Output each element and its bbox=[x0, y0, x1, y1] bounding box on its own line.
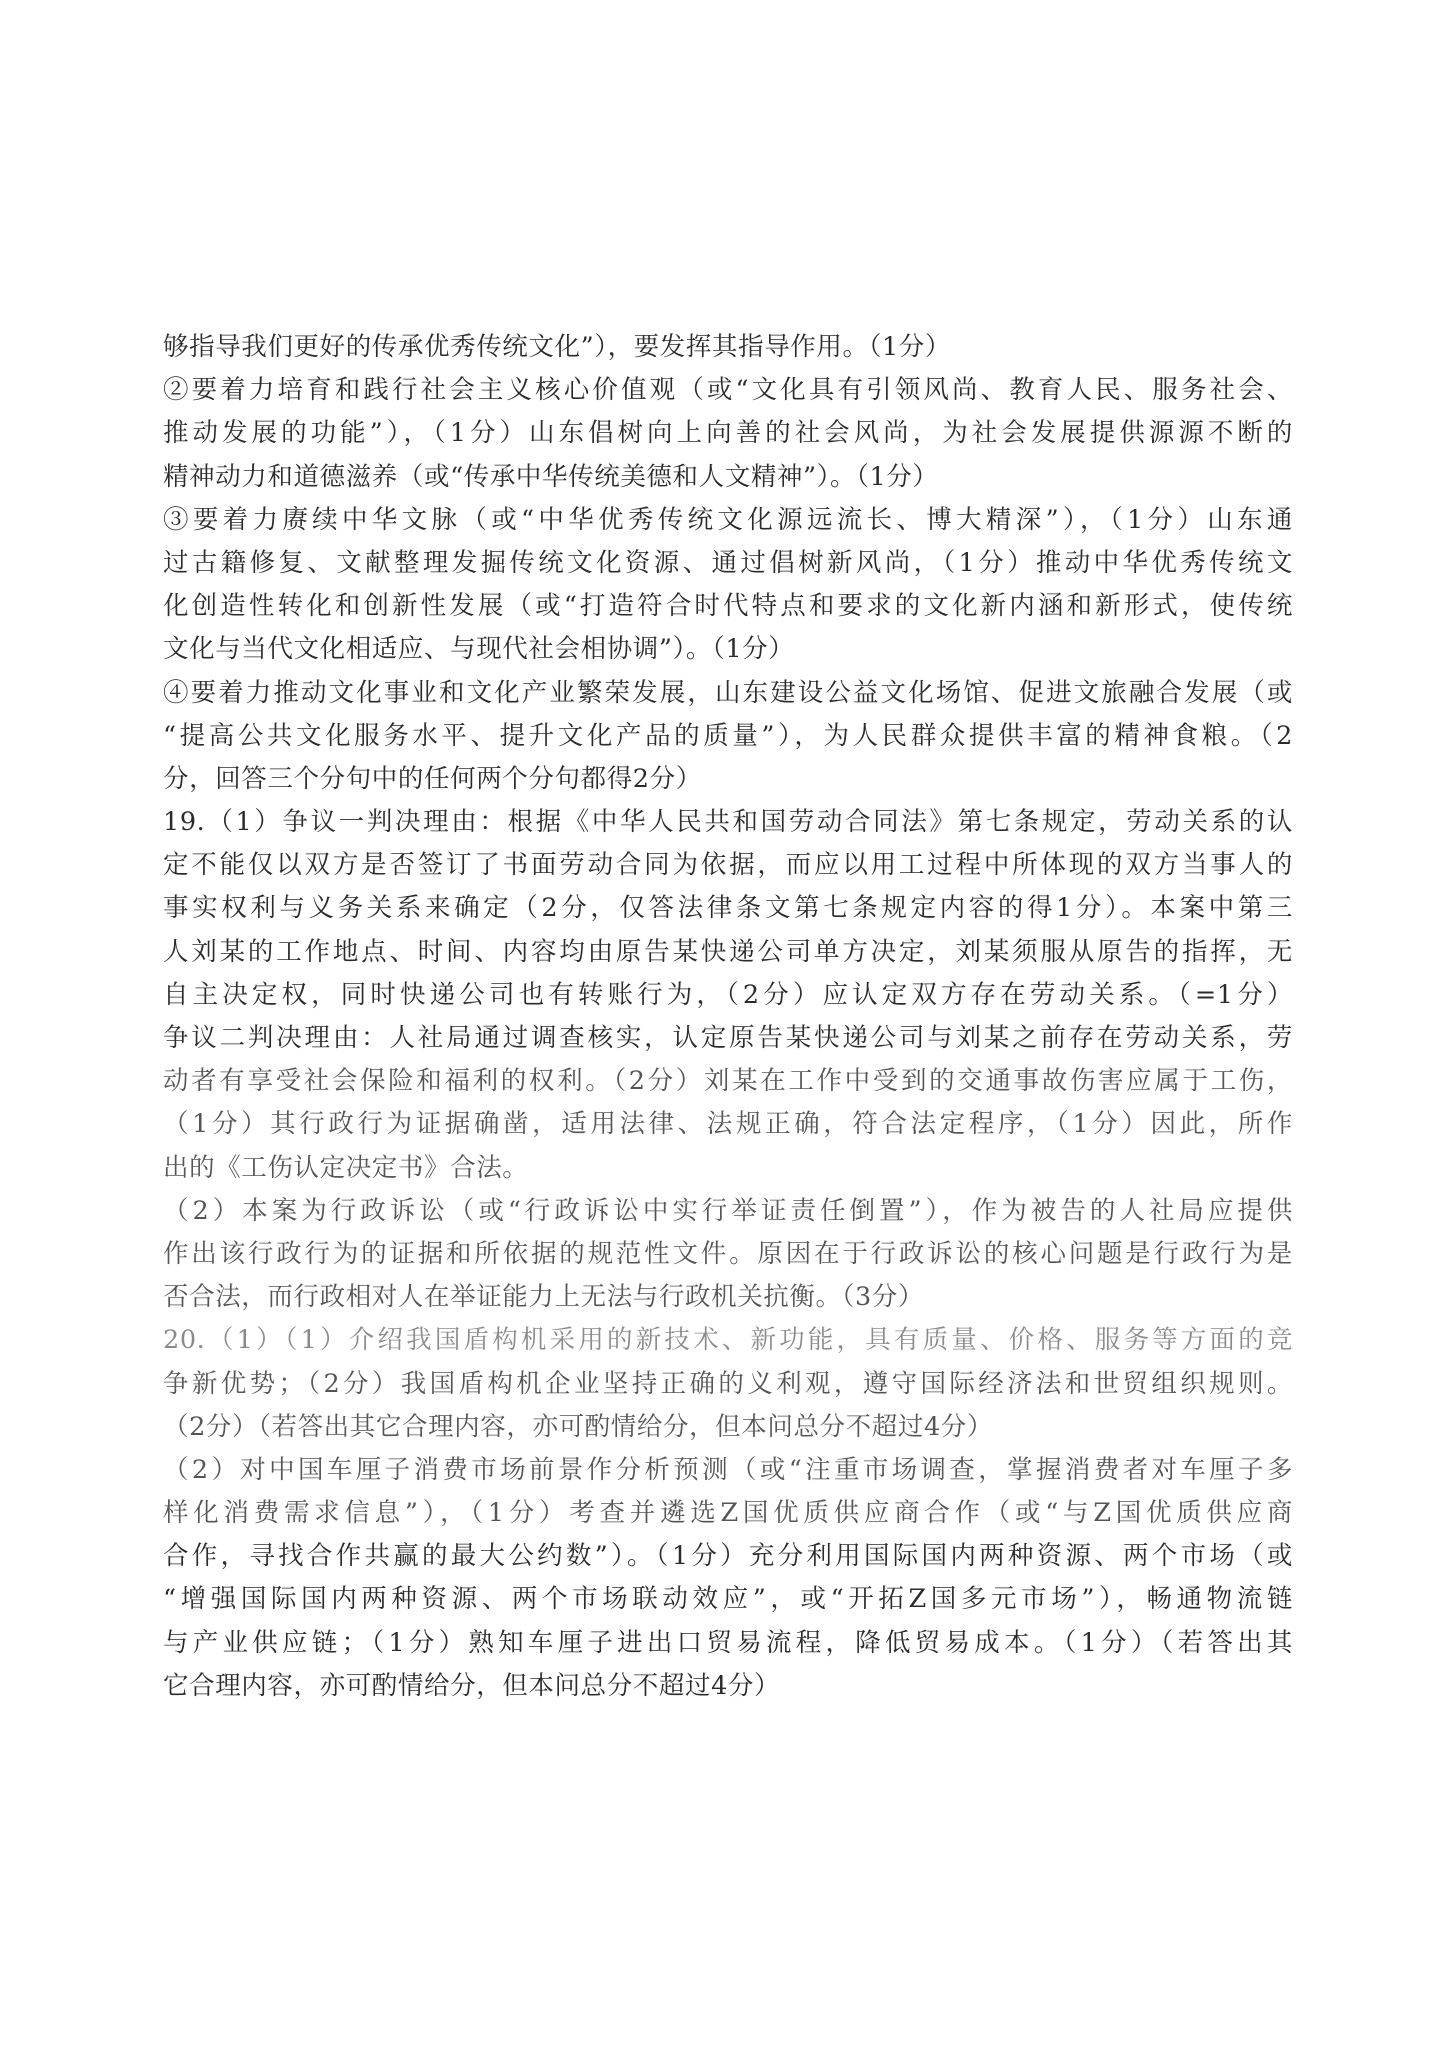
text-line-dispute-2: 争议二判决理由：人社局通过调查核实，认定原告某快递公司与刘某之前存在劳动关系，劳 bbox=[163, 1017, 1293, 1060]
text-line: 自主决定权，同时快递公司也有转账行为，（2分）应认定双方存在劳动关系。（=1分） bbox=[163, 974, 1293, 1017]
question-19-part-2: （2）本案为行政诉讼（或“行政诉讼中实行举证责任倒置”），作为被告的人社局应提供 bbox=[163, 1190, 1293, 1233]
text-line: 出的《工伤认定决定书》合法。 bbox=[163, 1147, 1293, 1190]
text-line-point-2: ②要着力培育和践行社会主义核心价值观（或“文化具有引领风尚、教育人民、服务社会、 bbox=[163, 369, 1293, 412]
text-line: 与产业供应链；（1分）熟知车厘子进出口贸易流程，降低贸易成本。（1分）（若答出其 bbox=[163, 1622, 1293, 1665]
text-line: （1分）其行政行为证据确凿，适用法律、法规正确，符合法定程序，（1分）因此，所作 bbox=[163, 1103, 1293, 1146]
text-line: “增强国际国内两种资源、两个市场联动效应”，或“开拓Z国多元市场”），畅通物流链 bbox=[163, 1578, 1293, 1621]
answer-key-page: 够指导我们更好的传承优秀传统文化”），要发挥其指导作用。（1分） ②要着力培育和… bbox=[163, 326, 1293, 1708]
text-line: 精神动力和道德滋养（或“传承中华传统美德和人文精神”）。（1分） bbox=[163, 456, 1293, 499]
text-line: 定不能仅以双方是否签订了书面劳动合同为依据，而应以用工过程中所体现的双方当事人的 bbox=[163, 844, 1293, 887]
question-20-part-2: （2）对中国车厘子消费市场前景作分析预测（或“注重市场调查，掌握消费者对车厘子多 bbox=[163, 1449, 1293, 1492]
text-line-point-3: ③要着力赓续中华文脉（或“中华优秀传统文化源远流长、博大精深”），（1分）山东通 bbox=[163, 499, 1293, 542]
text-line-continuation: 够指导我们更好的传承优秀传统文化”），要发挥其指导作用。（1分） bbox=[163, 326, 1293, 369]
text-line: 化创造性转化和创新性发展（或“打造符合时代特点和要求的文化新内涵和新形式，使传统 bbox=[163, 585, 1293, 628]
question-20-heading: 20.（1）（1）介绍我国盾构机采用的新技术、新功能，具有质量、价格、服务等方面… bbox=[163, 1319, 1293, 1362]
text-line: 作出该行政行为的证据和所依据的规范性文件。原因在于行政诉讼的核心问题是行政行为是 bbox=[163, 1233, 1293, 1276]
text-line: 争新优势；（2分）我国盾构机企业坚持正确的义利观，遵守国际经济法和世贸组织规则。 bbox=[163, 1363, 1293, 1406]
text-line: 推动发展的功能”），（1分）山东倡树向上向善的社会风尚，为社会发展提供源源不断的 bbox=[163, 412, 1293, 455]
text-line: 人刘某的工作地点、时间、内容均由原告某快递公司单方决定，刘某须服从原告的指挥，无 bbox=[163, 931, 1293, 974]
text-line: 文化与当代文化相适应、与现代社会相协调”）。（1分） bbox=[163, 628, 1293, 671]
text-line: 事实权利与义务关系来确定（2分，仅答法律条文第七条规定内容的得1分）。本案中第三 bbox=[163, 887, 1293, 930]
text-line: 否合法，而行政相对人在举证能力上无法与行政机关抗衡。（3分） bbox=[163, 1276, 1293, 1319]
text-line: 过古籍修复、文献整理发掘传统文化资源、通过倡树新风尚，（1分）推动中华优秀传统文 bbox=[163, 542, 1293, 585]
text-line: “提高公共文化服务水平、提升文化产品的质量”），为人民群众提供丰富的精神食粮。（… bbox=[163, 715, 1293, 758]
text-line: 样化消费需求信息”），（1分）考查并遴选Z国优质供应商合作（或“与Z国优质供应商 bbox=[163, 1492, 1293, 1535]
question-19-heading: 19.（1）争议一判决理由：根据《中华人民共和国劳动合同法》第七条规定，劳动关系… bbox=[163, 801, 1293, 844]
text-line: 它合理内容，亦可酌情给分，但本问总分不超过4分） bbox=[163, 1665, 1293, 1708]
text-line-point-4: ④要着力推动文化事业和文化产业繁荣发展，山东建设公益文化场馆、促进文旅融合发展（… bbox=[163, 672, 1293, 715]
text-line: （2分）（若答出其它合理内容，亦可酌情给分，但本问总分不超过4分） bbox=[163, 1406, 1293, 1449]
text-line: 动者有享受社会保险和福利的权利。（2分）刘某在工作中受到的交通事故伤害应属于工伤… bbox=[163, 1060, 1293, 1103]
text-line: 合作，寻找合作共赢的最大公约数”）。（1分）充分利用国际国内两种资源、两个市场（… bbox=[163, 1535, 1293, 1578]
text-line: 分，回答三个分句中的任何两个分句都得2分） bbox=[163, 758, 1293, 801]
